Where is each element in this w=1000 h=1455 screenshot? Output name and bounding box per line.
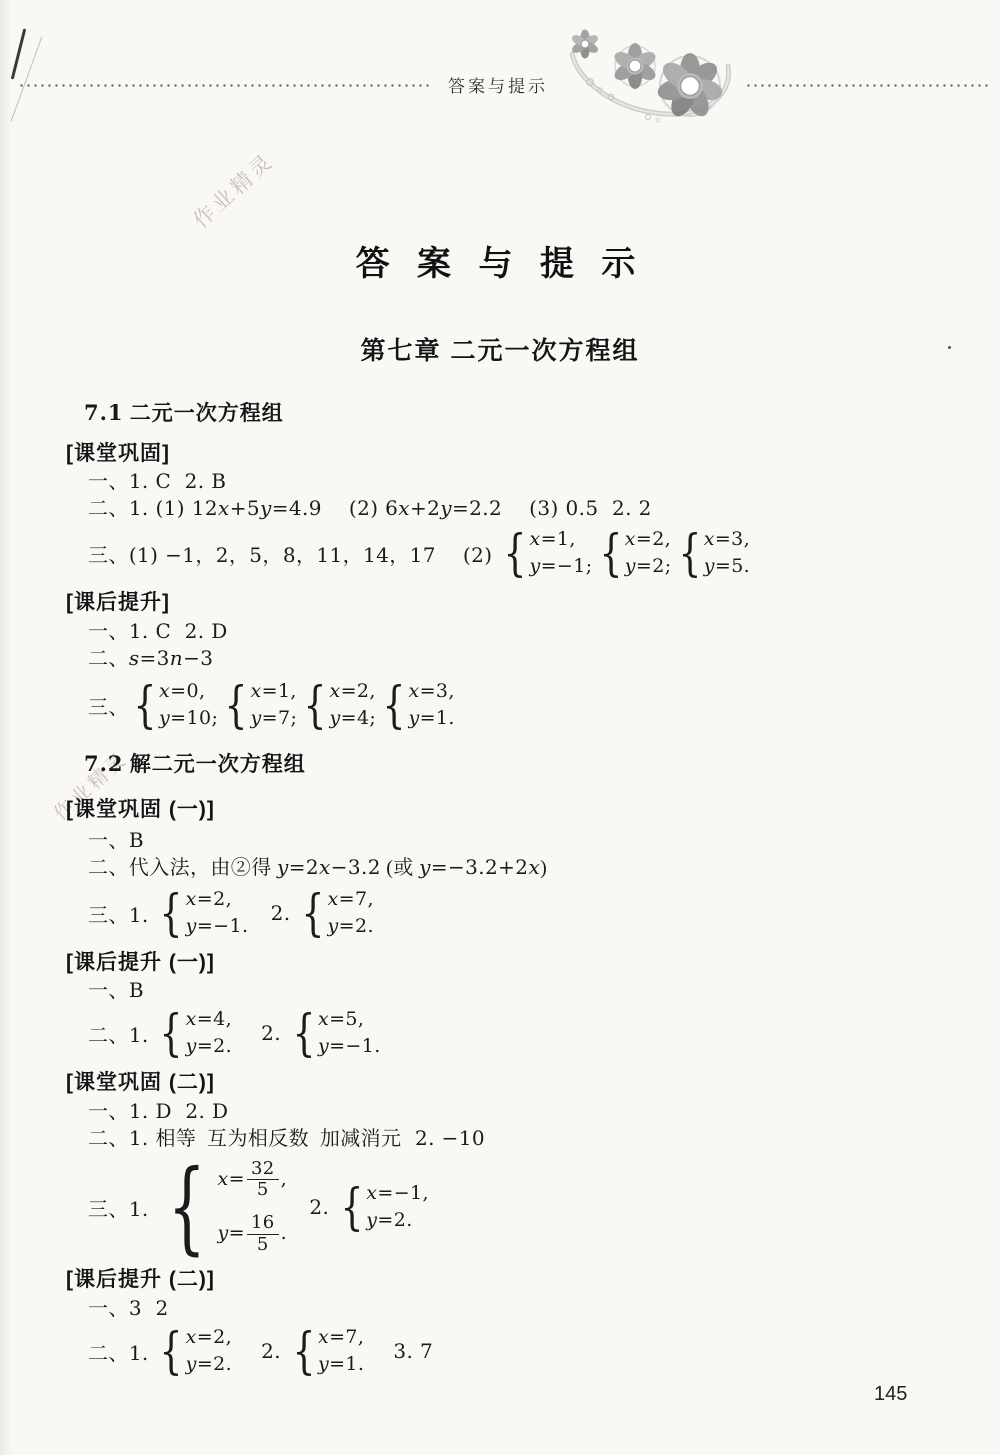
equation-system: {x=5,y=−1.	[288, 1007, 381, 1059]
system-bottom: y=2.	[186, 1034, 232, 1060]
brace-glyph: {	[133, 683, 156, 728]
answer-line-separator: 2.	[234, 1339, 288, 1364]
answer-line-prefix: 三、1.	[88, 899, 155, 928]
scanned-answer-page: 答案与提示	[0, 0, 1000, 1455]
system-bottom: y=1.	[408, 706, 454, 732]
fraction-lhs: y=	[217, 1221, 244, 1247]
system-bottom: y=−1;	[529, 554, 592, 580]
subsection-label-ketang-gonggu-1: [课堂巩固 (一)]	[66, 793, 215, 823]
answer-line-with-systems: 三、 {x=0,y=10; {x=1,y=7; {x=2,y=4; {x=3,y…	[88, 676, 457, 734]
equation-system: {x=0,y=10;	[129, 679, 218, 731]
system-bottom: y=4;	[329, 706, 376, 732]
fraction: 325	[247, 1159, 279, 1201]
brace-glyph: {	[160, 891, 183, 936]
fraction-numerator: 32	[247, 1159, 279, 1181]
answer-line-prefix: 三、	[88, 691, 129, 720]
equation-system: {x=2,y=2;	[595, 527, 672, 579]
brace-glyph: {	[341, 1185, 364, 1230]
fraction-denominator: 5	[253, 1235, 273, 1256]
system-top: x=2,	[186, 887, 249, 913]
scan-edge-shadow	[0, 0, 12, 1455]
system-bottom: y=2.	[328, 914, 374, 940]
equation-system: {x=−1,y=2.	[336, 1181, 429, 1233]
equation-system: {x=7,y=2.	[297, 887, 374, 939]
answer-line-with-systems: 三、1. { x= 325 , y= 165 . 2. {x=−1,y=2.	[88, 1155, 431, 1259]
equation-system: {x=2,y=2.	[155, 1325, 232, 1377]
watermark-text: 作业精灵	[186, 145, 280, 234]
equation-system-fractions: { x= 325 , y= 165 .	[155, 1159, 287, 1256]
brace-glyph: {	[599, 531, 622, 576]
system-top: x=7,	[328, 887, 374, 913]
answer-line-prefix: 三、(1) −1，2，5，8，11，14，17 (2)	[88, 539, 499, 568]
system-top: x=0,	[159, 679, 218, 705]
subsection-label-ketang-gonggu: [课堂巩固]	[66, 437, 170, 467]
equation-system: {x=2,y=−1.	[155, 887, 248, 939]
subsection-label-ketang-gonggu-2: [课堂巩固 (二)]	[66, 1066, 215, 1096]
system-top: x=2,	[329, 679, 376, 705]
brace-glyph: {	[302, 891, 325, 936]
equation-system: {x=1,y=7;	[220, 679, 297, 731]
answer-line: 二、1. (1) 12x+5y=4.9 (2) 6x+2y=2.2 (3) 0.…	[88, 495, 652, 522]
spiral-rosettes-ornament-icon	[552, 24, 742, 131]
equation-system: {x=4,y=2.	[155, 1007, 232, 1059]
answer-line-with-systems: 二、1. {x=2,y=2. 2. {x=7,y=1. 3. 7	[88, 1322, 433, 1380]
equation-system: {x=1,y=−1;	[499, 527, 592, 579]
brace-glyph: {	[160, 1329, 183, 1374]
system-bottom: y=2.	[186, 1352, 232, 1378]
scan-corner-mark-faint	[11, 37, 43, 122]
system-bottom: y= 165 .	[217, 1213, 287, 1255]
brace-glyph: {	[292, 1011, 315, 1056]
scan-speck	[948, 346, 951, 349]
system-top: x=3,	[408, 679, 454, 705]
answer-line-prefix: 二、1.	[88, 1337, 155, 1366]
system-top: x=3,	[704, 527, 750, 553]
system-bottom: y=−1.	[186, 914, 249, 940]
system-top: x=7,	[318, 1325, 364, 1351]
answer-line-separator: 2.	[289, 1195, 336, 1220]
system-top: x=4,	[186, 1007, 232, 1033]
system-top: x=1,	[529, 527, 592, 553]
section-heading-7-1: 7.1 二元一次方程组	[84, 397, 284, 427]
answer-line-suffix: 3. 7	[366, 1339, 433, 1364]
answer-line: 一、1. C 2. B	[88, 468, 226, 495]
system-bottom: y=−1.	[318, 1034, 381, 1060]
system-top: x=−1,	[366, 1181, 429, 1207]
subsection-label-kehou-tisheng-1: [课后提升 (一)]	[66, 946, 215, 976]
answer-line-with-systems: 三、1. {x=2,y=−1. 2. {x=7,y=2.	[88, 884, 376, 942]
equation-system: {x=3,y=1.	[378, 679, 455, 731]
system-top: x=2,	[186, 1325, 232, 1351]
brace-glyph: {	[383, 683, 406, 728]
brace-glyph: {	[678, 531, 701, 576]
system-top: x= 325 ,	[217, 1159, 287, 1201]
answer-line: 二、1. 相等 互为相反数 加减消元 2. −10	[88, 1125, 485, 1152]
answer-line-separator: 2.	[250, 901, 297, 926]
answer-line: 一、B	[88, 827, 144, 854]
answer-line-prefix: 二、1.	[88, 1019, 155, 1048]
answer-line: 一、3 2	[88, 1295, 169, 1322]
fraction-punct: ,	[281, 1167, 287, 1193]
answer-line: 一、B	[88, 977, 144, 1004]
chapter-title: 第七章 二元一次方程组	[0, 331, 1000, 367]
system-bottom: y=5.	[704, 554, 750, 580]
system-bottom: y=2;	[625, 554, 672, 580]
system-bottom: y=7;	[251, 706, 298, 732]
equation-system: {x=7,y=1.	[288, 1325, 365, 1377]
brace-glyph: {	[304, 683, 327, 728]
fraction-numerator: 16	[247, 1213, 279, 1235]
answer-line-separator: 2.	[234, 1021, 288, 1046]
fraction: 165	[247, 1213, 279, 1255]
answer-line: 一、1. C 2. D	[88, 618, 228, 645]
brace-glyph: {	[225, 683, 248, 728]
section-heading-7-2: 7.2 解二元一次方程组	[84, 748, 306, 778]
answer-line: 二、s=3n−3	[88, 645, 213, 672]
system-bottom: y=10;	[159, 706, 218, 732]
subsection-label-kehou-tisheng: [课后提升]	[66, 586, 170, 616]
fraction-denominator: 5	[253, 1180, 273, 1201]
answer-line-with-systems: 二、1. {x=4,y=2. 2. {x=5,y=−1.	[88, 1004, 383, 1062]
running-header-title: 答案与提示	[448, 72, 548, 97]
page-title: 答 案 与 提 示	[0, 236, 1000, 285]
brace-glyph: {	[504, 531, 527, 576]
answer-line: 一、1. D 2. D	[88, 1098, 228, 1125]
system-top: x=5,	[318, 1007, 381, 1033]
system-bottom: y=2.	[366, 1208, 429, 1234]
system-bottom: y=1.	[318, 1352, 364, 1378]
fraction-punct: .	[281, 1221, 287, 1247]
equation-system: {x=2,y=4;	[299, 679, 376, 731]
subsection-label-kehou-tisheng-2: [课后提升 (二)]	[66, 1263, 215, 1293]
header-dotted-rule-right	[745, 84, 988, 87]
answer-line: 二、代入法，由②得 y=2x−3.2 (或 y=−3.2+2x)	[88, 854, 547, 881]
answer-line-with-systems: 三、(1) −1，2，5，8，11，14，17 (2) {x=1,y=−1; {…	[88, 524, 752, 582]
fraction-lhs: x=	[217, 1167, 244, 1193]
scan-corner-mark	[11, 28, 26, 79]
equation-system: {x=3,y=5.	[674, 527, 751, 579]
answer-line-prefix: 三、1.	[88, 1193, 155, 1222]
page-number: 145	[874, 1383, 907, 1406]
system-top: x=1,	[251, 679, 298, 705]
brace-glyph: {	[160, 1011, 183, 1056]
system-top: x=2,	[625, 527, 672, 553]
header-dotted-rule-left	[18, 84, 432, 87]
brace-glyph: {	[292, 1329, 315, 1374]
brace-glyph: {	[168, 1162, 206, 1252]
